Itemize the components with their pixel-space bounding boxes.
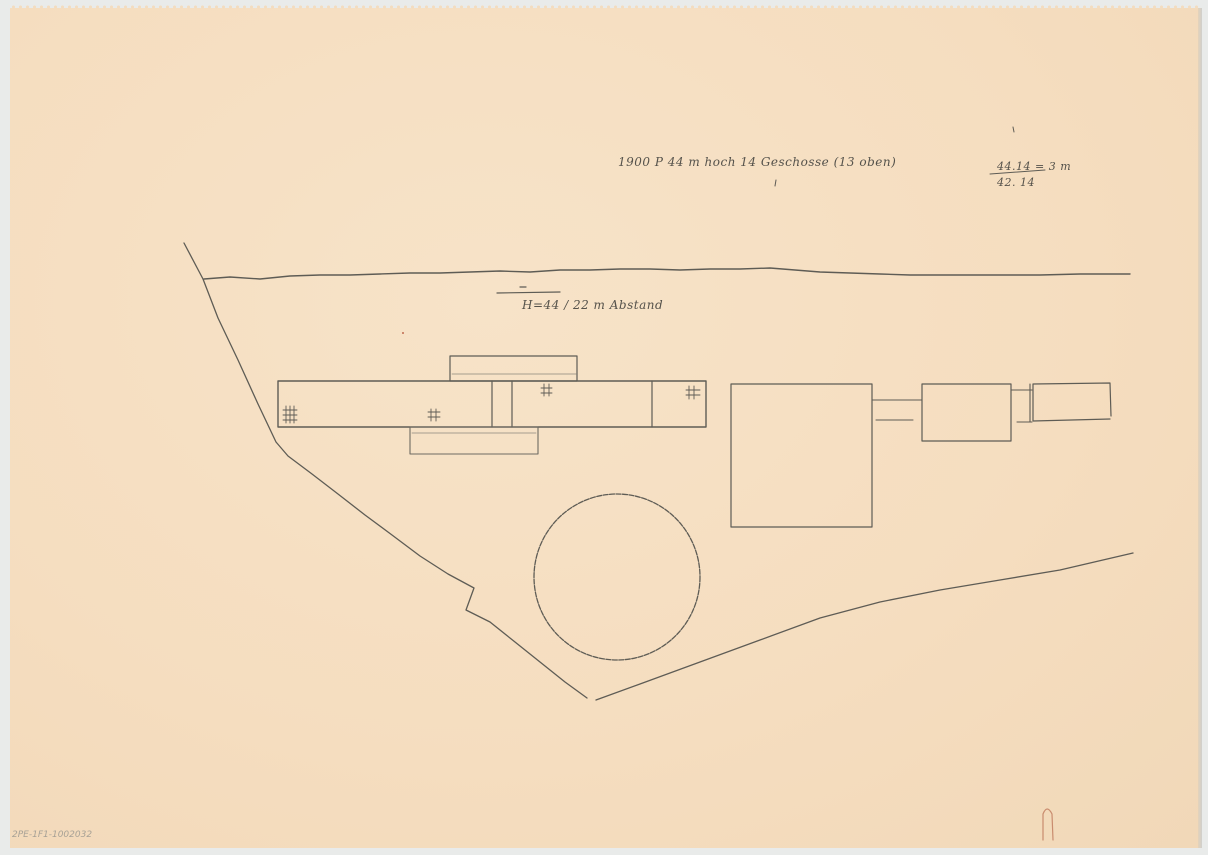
- round-building: [534, 494, 700, 660]
- pavilion-1: [922, 384, 1011, 441]
- catalog-number: 2PE-1F1-1002032: [12, 830, 92, 840]
- site-plan-drawing: [0, 0, 1208, 855]
- site-boundary-bottom: [596, 553, 1133, 700]
- square-block: [731, 384, 872, 527]
- calculation-numerator: 44.14 = 3 m: [997, 160, 1071, 173]
- street-mark: [497, 287, 560, 293]
- calculation-denominator: 42. 14: [997, 176, 1035, 189]
- pavilion-2: [1033, 383, 1111, 421]
- corridor: [872, 400, 922, 420]
- spacing-note: H=44 / 22 m Abstand: [522, 298, 663, 312]
- street-line: [204, 268, 1130, 279]
- building-spec-note: 1900 P 44 m hoch 14 Geschosse (13 oben): [618, 155, 896, 169]
- annex-bottom: [410, 427, 538, 454]
- red-mark: [1043, 809, 1053, 840]
- annex-top: [450, 356, 577, 381]
